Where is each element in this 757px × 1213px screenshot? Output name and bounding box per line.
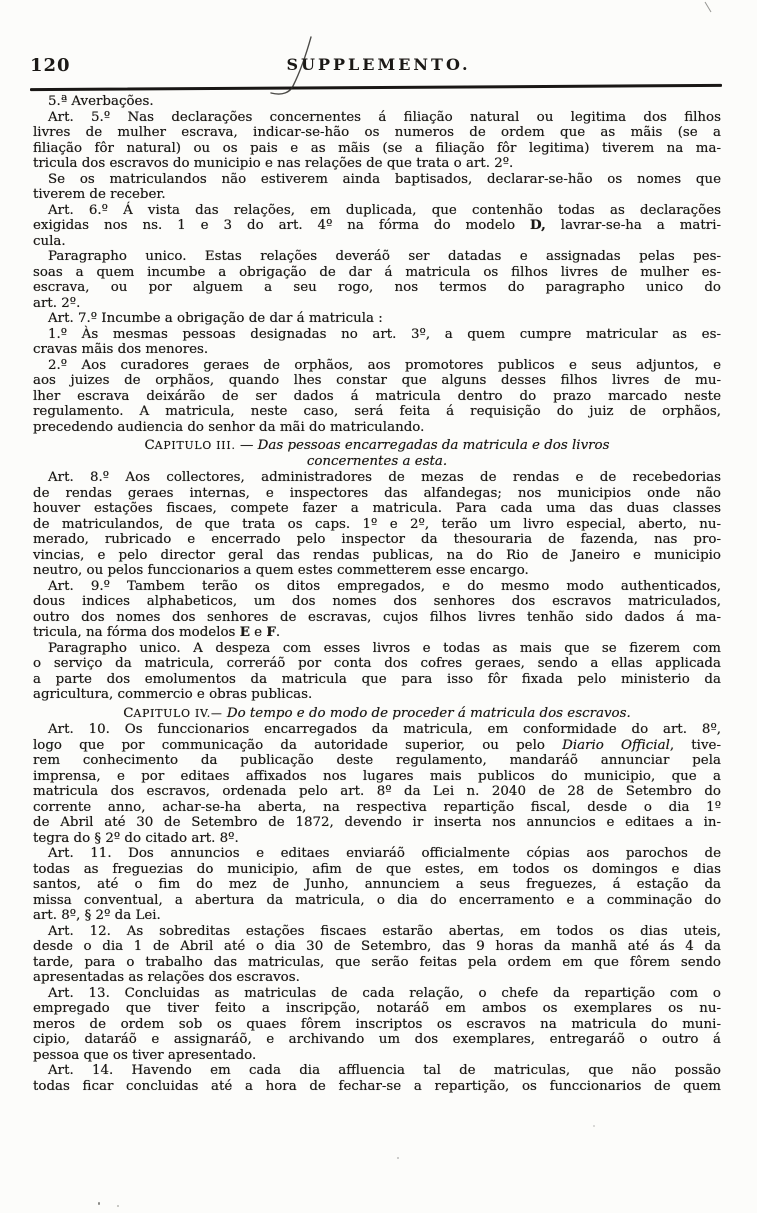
paragraph: Art. 8.º Aos collectores, administradore… bbox=[33, 470, 721, 579]
text-line: tricula dos escravos do municipio e nas … bbox=[33, 156, 721, 172]
paragraph: Art. 9.º Tambem terão os ditos empregado… bbox=[33, 579, 721, 641]
text-line: Paragrapho unico. A despeza com esses li… bbox=[33, 641, 721, 657]
text-line: pessoa que os tiver apresentado. bbox=[33, 1048, 721, 1064]
text-line: corrente anno, achar-se-ha aberta, na re… bbox=[33, 800, 721, 816]
text-line: santos, até o fim do mez de Junho, annun… bbox=[33, 877, 721, 893]
paragraph: 5.ª Averbações. bbox=[33, 94, 721, 110]
text-line: livres de mulher escrava, indicar-se-hão… bbox=[33, 125, 721, 141]
document-body: 5.ª Averbações.Art. 5.º Nas declarações … bbox=[33, 94, 721, 1094]
text-line: empregado que tiver feito a inscripção, … bbox=[33, 1001, 721, 1017]
text-line: meros de ordem sob os quaes fôrem inscri… bbox=[33, 1017, 721, 1033]
text-line: soas a quem incumbe a obrigação de dar á… bbox=[33, 265, 721, 281]
text-line: escrava, ou por alguem a seu rogo, nos t… bbox=[33, 280, 721, 296]
text-line: o serviço da matricula, correráõ por con… bbox=[33, 656, 721, 672]
chapter-heading: CAPITULO IV.— Do tempo e do modo de proc… bbox=[33, 706, 721, 722]
text-line: rem conhecimento da publicação deste reg… bbox=[33, 753, 721, 769]
text-line: de matriculandos, de que trata os caps. … bbox=[33, 517, 721, 533]
text-line: Art. 11. Dos annuncios e editaes enviará… bbox=[33, 846, 721, 862]
text-line: houver estações fiscaes, compete fazer a… bbox=[33, 501, 721, 517]
text-line: a parte dos emolumentos da matricula que… bbox=[33, 672, 721, 688]
text-line: dous indices alphabeticos, um dos nomes … bbox=[33, 594, 721, 610]
scan-speck bbox=[397, 1157, 399, 1159]
paragraph: Art. 7.º Incumbe a obrigação de dar á ma… bbox=[33, 311, 721, 327]
text-line: Art. 9.º Tambem terão os ditos empregado… bbox=[33, 579, 721, 595]
text-line: Art. 13. Concluidas as matriculas de cad… bbox=[33, 986, 721, 1002]
scan-speck bbox=[98, 1202, 100, 1205]
text-line: missa conventual, a abertura da matricul… bbox=[33, 893, 721, 909]
text-line: 5.ª Averbações. bbox=[33, 94, 721, 110]
text-line: CAPITULO III. — Das pessoas encarregadas… bbox=[33, 438, 721, 454]
text-line: filiação fôr natural) ou os pais e as mã… bbox=[33, 141, 721, 157]
text-line: cravas mãis dos menores. bbox=[33, 342, 721, 358]
text-line: concernentes a esta. bbox=[33, 454, 721, 470]
text-line: exigidas nos ns. 1 e 3 do art. 4º na fór… bbox=[33, 218, 721, 234]
paragraph: Paragrapho unico. Estas relações deveráõ… bbox=[33, 249, 721, 311]
paragraph: 1.º Às mesmas pessoas designadas no art.… bbox=[33, 327, 721, 358]
text-line: Art. 14. Havendo em cada dia affluencia … bbox=[33, 1063, 721, 1079]
text-line: outro dos nomes dos senhores de escravas… bbox=[33, 610, 721, 626]
text-line: vincias, e pelo director geral das renda… bbox=[33, 548, 721, 564]
page-header-title: SUPPLEMENTO. bbox=[0, 55, 757, 74]
text-line: tiverem de receber. bbox=[33, 187, 721, 203]
text-line: tarde, para o trabalho das matriculas, q… bbox=[33, 955, 721, 971]
text-line: Art. 7.º Incumbe a obrigação de dar á ma… bbox=[33, 311, 721, 327]
scan-speck bbox=[117, 1205, 119, 1207]
text-line: matricula dos escravos, ordenada pelo ar… bbox=[33, 784, 721, 800]
text-line: todas as freguezias do municipio, afim d… bbox=[33, 862, 721, 878]
header-rule bbox=[30, 84, 722, 91]
scanned-page: { "document": { "page_number": "120", "h… bbox=[0, 0, 757, 1213]
text-line: CAPITULO IV.— Do tempo e do modo de proc… bbox=[33, 706, 721, 722]
text-line: tricula, na fórma dos modelos E e F. bbox=[33, 625, 721, 641]
paragraph: Paragrapho unico. A despeza com esses li… bbox=[33, 641, 721, 703]
text-line: Art. 12. As sobreditas estações fiscaes … bbox=[33, 924, 721, 940]
text-line: cula. bbox=[33, 234, 721, 250]
text-line: Art. 5.º Nas declarações concernentes á … bbox=[33, 110, 721, 126]
chapter-heading: CAPITULO III. — Das pessoas encarregadas… bbox=[33, 438, 721, 469]
text-line: de rendas geraes internas, e inspectores… bbox=[33, 486, 721, 502]
text-line: 2.º Aos curadores geraes de orphãos, aos… bbox=[33, 358, 721, 374]
text-line: art. 2º. bbox=[33, 296, 721, 312]
paragraph: Art. 14. Havendo em cada dia affluencia … bbox=[33, 1063, 721, 1094]
text-line: Se os matriculandos não estiverem ainda … bbox=[33, 172, 721, 188]
text-line: merado, rubricado e encerrado pelo inspe… bbox=[33, 532, 721, 548]
text-line: agricultura, commercio e obras publicas. bbox=[33, 687, 721, 703]
text-line: art. 8º, § 2º da Lei. bbox=[33, 908, 721, 924]
paragraph: 2.º Aos curadores geraes de orphãos, aos… bbox=[33, 358, 721, 436]
paragraph: Art. 6.º Á vista das relações, em duplic… bbox=[33, 203, 721, 250]
text-line: desde o dia 1 de Abril até o dia 30 de S… bbox=[33, 939, 721, 955]
text-line: tegra do § 2º do citado art. 8º. bbox=[33, 831, 721, 847]
text-line: aos juizes de orphãos, quando lhes const… bbox=[33, 373, 721, 389]
text-line: cipio, dataráõ e assignaráõ, e archivand… bbox=[33, 1032, 721, 1048]
paragraph: Se os matriculandos não estiverem ainda … bbox=[33, 172, 721, 203]
text-line: Paragrapho unico. Estas relações deveráõ… bbox=[33, 249, 721, 265]
paragraph: Art. 11. Dos annuncios e editaes enviará… bbox=[33, 846, 721, 924]
text-line: logo que por communicação da autoridade … bbox=[33, 738, 721, 754]
text-line: regulamento. A matricula, neste caso, se… bbox=[33, 404, 721, 420]
text-line: Art. 8.º Aos collectores, administradore… bbox=[33, 470, 721, 486]
text-line: 1.º Às mesmas pessoas designadas no art.… bbox=[33, 327, 721, 343]
text-line: todas ficar concluidas até a hora de fec… bbox=[33, 1079, 721, 1095]
text-line: lher escrava deixárão de ser dados á mat… bbox=[33, 389, 721, 405]
text-line: de Abril até 30 de Setembro de 1872, dev… bbox=[33, 815, 721, 831]
text-line: precedendo audiencia do senhor da mãi do… bbox=[33, 420, 721, 436]
paragraph: Art. 5.º Nas declarações concernentes á … bbox=[33, 110, 721, 172]
paragraph: Art. 10. Os funccionarios encarregados d… bbox=[33, 722, 721, 846]
text-line: neutro, ou pelos funccionarios a quem es… bbox=[33, 563, 721, 579]
paragraph: Art. 13. Concluidas as matriculas de cad… bbox=[33, 986, 721, 1064]
text-line: Art. 6.º Á vista das relações, em duplic… bbox=[33, 203, 721, 219]
paragraph: Art. 12. As sobreditas estações fiscaes … bbox=[33, 924, 721, 986]
text-line: Art. 10. Os funccionarios encarregados d… bbox=[33, 722, 721, 738]
text-line: apresentadas as relações dos escravos. bbox=[33, 970, 721, 986]
scan-speck bbox=[593, 1125, 595, 1127]
text-line: imprensa, e por editaes affixados nos lu… bbox=[33, 769, 721, 785]
